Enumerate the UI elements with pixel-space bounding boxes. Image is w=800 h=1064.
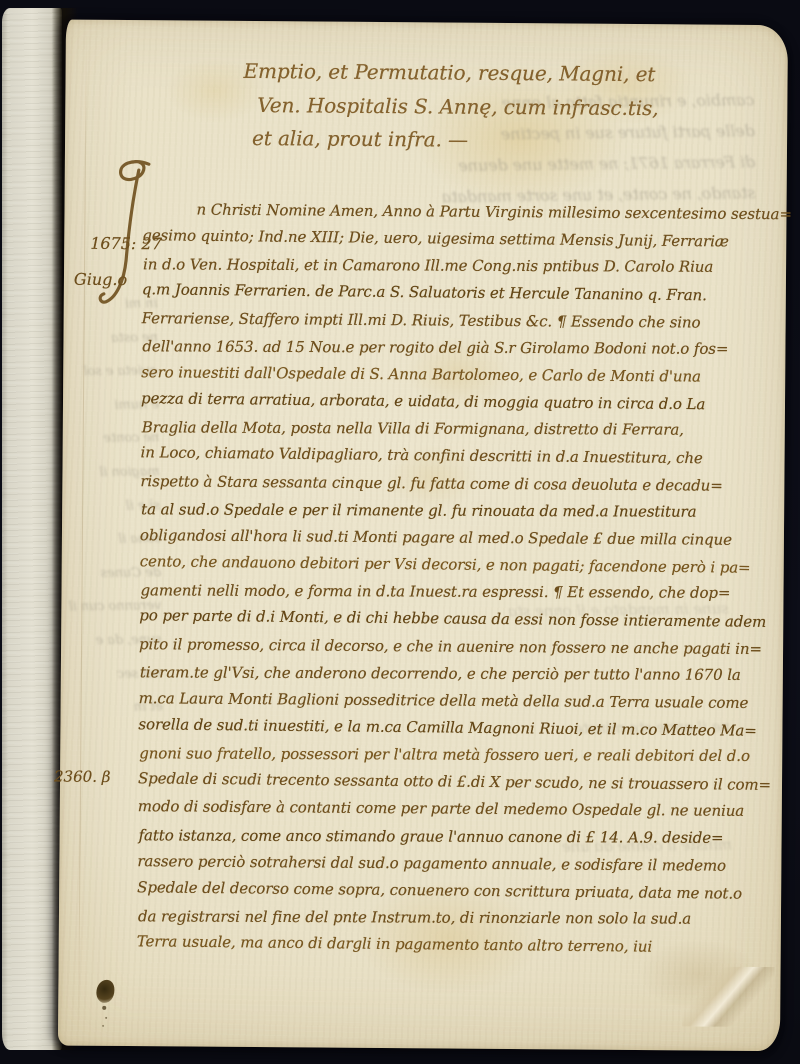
ink-blot — [96, 980, 114, 1003]
body-text: n Christi Nomine Amen, Anno à Partu Virg… — [137, 196, 800, 962]
manuscript-line: fatto istanza, come anco stimando graue … — [139, 822, 800, 852]
margin-note-date: 1675: 27 — [90, 234, 162, 254]
manuscript-line: ta al sud.o Spedale e per il rimanente g… — [141, 496, 800, 526]
heading-line: et alia, prout infra. — — [252, 122, 658, 159]
heading-line: Emptio, et Permutatio, resque, Magni, et — [243, 55, 658, 92]
manuscript-line: rispetto à Stara sessanta cinque gl. fu … — [140, 468, 800, 500]
manuscript-page: cambio, e rinuntia fatta al onnedelle pa… — [58, 20, 788, 1052]
corner-fold — [682, 966, 774, 1027]
heading-line: Ven. Hospitalis S. Annę, cum infrasc.tis… — [257, 89, 658, 126]
manuscript-line: modo di sodisfare à contanti come per pa… — [138, 794, 800, 826]
manuscript-line: Terra usuale, ma anco di dargli in pagam… — [137, 928, 799, 962]
margin-note-amount: 2360. β — [54, 767, 111, 785]
manuscript-photo: cambio, e rinuntia fatta al onnedelle pa… — [0, 0, 800, 1064]
vertical-crease — [78, 28, 87, 1034]
manuscript-line: Ferrariense, Staffero impti Ill.mi D. Ri… — [142, 305, 800, 337]
manuscript-line: dell'anno 1653. ad 15 Nou.e per rogito d… — [142, 333, 800, 363]
manuscript-line: pito il promesso, circa il decorso, e ch… — [139, 631, 800, 663]
margin-note-month: Giug.o — [74, 270, 127, 289]
manuscript-line: tieram.te gl'Vsi, che anderono decorrend… — [140, 659, 800, 689]
document-heading: Emptio, et Permutatio, resque, Magni, et… — [243, 55, 659, 159]
